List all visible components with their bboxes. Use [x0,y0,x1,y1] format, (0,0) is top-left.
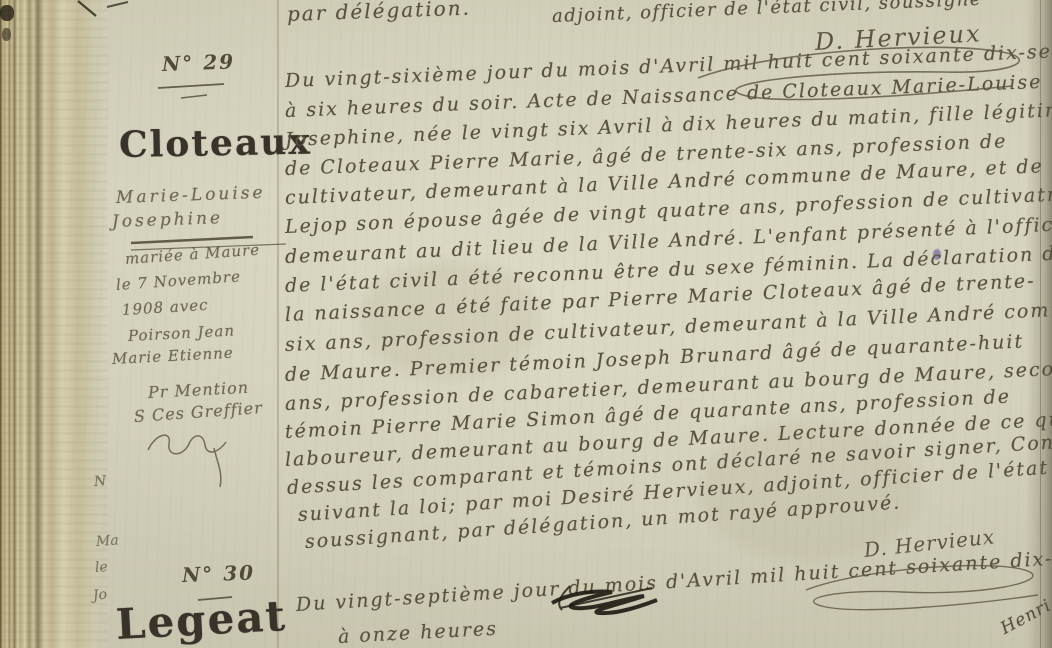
edge-ink-blot [0,5,14,21]
gutter-fragment: le [94,559,108,576]
act29-number-dash [181,95,207,98]
act29-number-underline [158,84,224,88]
act29-number: N° 29 [162,49,236,76]
act29-margin-given-names: Marie-Louise [116,183,266,208]
act29-margin-given-names: Josephine [112,208,224,232]
previous-act-closing-left: par délégation. [287,0,472,26]
edge-ink-blot [2,28,11,41]
act29-margin-surname: Cloteaux [119,121,313,166]
margin-paraph [148,435,226,487]
act29-marriage-note-line: Marie Etienne [112,344,235,368]
act29-marriage-note-line: mariée à Maure [124,241,260,268]
act29-marriage-note-line: le 7 Novembre [115,267,241,294]
margin-fold-line [277,0,279,648]
gutter-fragment: Ma [95,532,119,550]
gutter-texture [0,0,108,648]
act29-marriage-note-line: Poirson Jean [128,321,236,345]
act29-mention-line: Pr Mention [148,378,250,402]
gutter-fragment: Jo [92,587,108,604]
stray-pen-mark [107,2,128,7]
act30-number: N° 30 [182,560,256,587]
act30-body-line: Du vingt-septième jour du mois d'Avril m… [295,545,1052,616]
act30-body-line: à onze heures [337,618,498,648]
gutter-fragment: N [93,473,106,490]
register-page-scan: N Ma le Jo par délégation. adjoint, offi… [0,0,1052,648]
act29-mention-line: S Ces Greffier [133,398,263,426]
act29-marriage-note-line: 1908 avec [121,296,209,319]
act30-margin-surname: Legeat [115,591,288,648]
